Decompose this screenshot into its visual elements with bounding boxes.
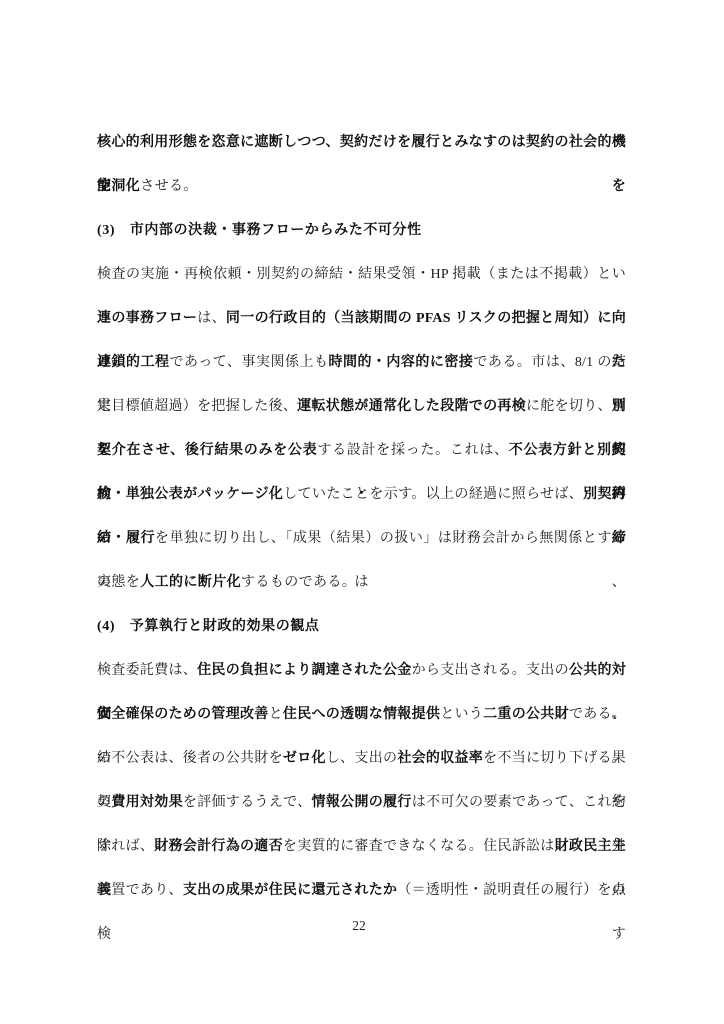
body-text: という (440, 707, 483, 722)
text-line: 安全確保のための管理改善と住民への透明な情報提供という二重の公共財である。結果 (97, 693, 626, 737)
body-text: の (97, 795, 111, 810)
body-text: は、 (197, 311, 226, 326)
emphasized-text: 財務会計行為の適否 (154, 839, 283, 854)
body-text: の不公表は、後者の公共財を (97, 751, 283, 766)
emphasized-text: 時間的・内容的に密接 (328, 355, 473, 370)
emphasized-text: 安全確保のための管理改善 (97, 707, 269, 722)
emphasized-text: (4) 予算執行と財政的効果の観点 (97, 619, 320, 634)
emphasized-text: 検・単独公表がパッケージ化 (97, 487, 283, 502)
body-text: させる。 (140, 179, 198, 194)
body-text: 定目標値超過）を把握した後、 (97, 399, 297, 414)
text-line: すれば、財務会計行為の適否を実質的に審査できなくなる。住民訴訟は財政民主主義の (97, 825, 626, 869)
body-text: していたことを示す。以上の経過に照らせば、 (283, 487, 583, 502)
emphasized-text: ゼロ化 (283, 751, 326, 766)
text-line: の不公表は、後者の公共財をゼロ化し、支出の社会的収益率を不当に切り下げる。契約 (97, 737, 626, 781)
emphasized-text: 住民への透明な情報提供 (283, 707, 440, 722)
body-text: に舵を切り、 (526, 399, 612, 414)
document-body: 核心的利用形態を恣意に遮断しつつ、契約だけを履行とみなすのは契約の社会的機能を空… (97, 121, 626, 913)
section-heading: (4) 予算執行と財政的効果の観点 (97, 605, 626, 649)
text-line: 結・履行を単独に切り出し、「成果（結果）の扱い」は財務会計から無関係とするのは、 (97, 517, 626, 561)
body-text: と (269, 707, 283, 722)
text-line: 検査の実施・再検依頼・別契約の締結・結果受領・HP 掲載（または不掲載）という一 (97, 253, 626, 297)
text-line: 定目標値超過）を把握した後、運転状態が通常化した段階での再検に舵を切り、別契約 (97, 385, 626, 429)
text-line: の費用対効果を評価するうえで、情報公開の履行は不可欠の要素であって、これを除外 (97, 781, 626, 825)
emphasized-text: 人工的に断片化 (140, 575, 241, 590)
emphasized-text: 支出の成果が住民に還元されたか (183, 883, 398, 898)
emphasized-text: (3) 市内部の決裁・事務フローからみた不可分性 (97, 223, 422, 238)
text-line: 装置であり、支出の成果が住民に還元されたか（＝透明性・説明責任の履行）を点検す (97, 869, 626, 913)
text-line: 連鎖的工程であって、事実関係上も時間的・内容的に密接である。市は、8/1 の結果… (97, 341, 626, 385)
emphasized-text: 社会的収益率 (397, 751, 483, 766)
emphasized-text: 連の事務フロー (97, 311, 197, 326)
body-text: すれば、 (97, 839, 154, 854)
emphasized-text: 費用対効果 (111, 795, 183, 810)
text-line: 検・単独公表がパッケージ化していたことを示す。以上の経過に照らせば、別契約の締 (97, 473, 626, 517)
emphasized-text: 結・履行 (97, 531, 155, 546)
body-text: 実態を (97, 575, 140, 590)
body-text: 検査委託費は、 (97, 663, 197, 678)
emphasized-text: 空洞化 (97, 179, 140, 194)
body-text: する設計を採った。これは、 (317, 443, 508, 458)
body-text: を実質的に審査できなくなる。住民訴訟は (283, 839, 555, 854)
text-line: を介在させ、後行結果のみを公表する設計を採った。これは、不公表方針と別契約・再 (97, 429, 626, 473)
document-page: 核心的利用形態を恣意に遮断しつつ、契約だけを履行とみなすのは契約の社会的機能を空… (0, 0, 724, 1024)
text-line: 検査委託費は、住民の負担により調達された公金から支出される。支出の公共的対価は、 (97, 649, 626, 693)
body-text: であって、事実関係上も (169, 355, 328, 370)
page-number: 22 (0, 916, 718, 936)
body-text: し、支出の (326, 751, 398, 766)
body-text: するものである。 (241, 575, 356, 590)
body-text: を評価するうえで、 (183, 795, 312, 810)
emphasized-text: 住民の負担により調達された公金 (197, 663, 412, 678)
text-line: 連の事務フローは、同一の行政目的（当該期間の PFAS リスクの把握と周知）に向… (97, 297, 626, 341)
section-heading: (3) 市内部の決裁・事務フローからみた不可分性 (97, 209, 626, 253)
text-line: 核心的利用形態を恣意に遮断しつつ、契約だけを履行とみなすのは契約の社会的機能を (97, 121, 626, 165)
emphasized-text: 運転状態が通常化した段階での再検 (297, 399, 526, 414)
emphasized-text: 二重の公共財 (483, 707, 569, 722)
emphasized-text: 連鎖的工程 (97, 355, 169, 370)
emphasized-text: 情報公開の履行 (312, 795, 412, 810)
body-text: から支出される。支出の (412, 663, 569, 678)
body-text: 装置であり、 (97, 883, 183, 898)
emphasized-text: を介在させ、後行結果のみを公表 (97, 443, 317, 458)
